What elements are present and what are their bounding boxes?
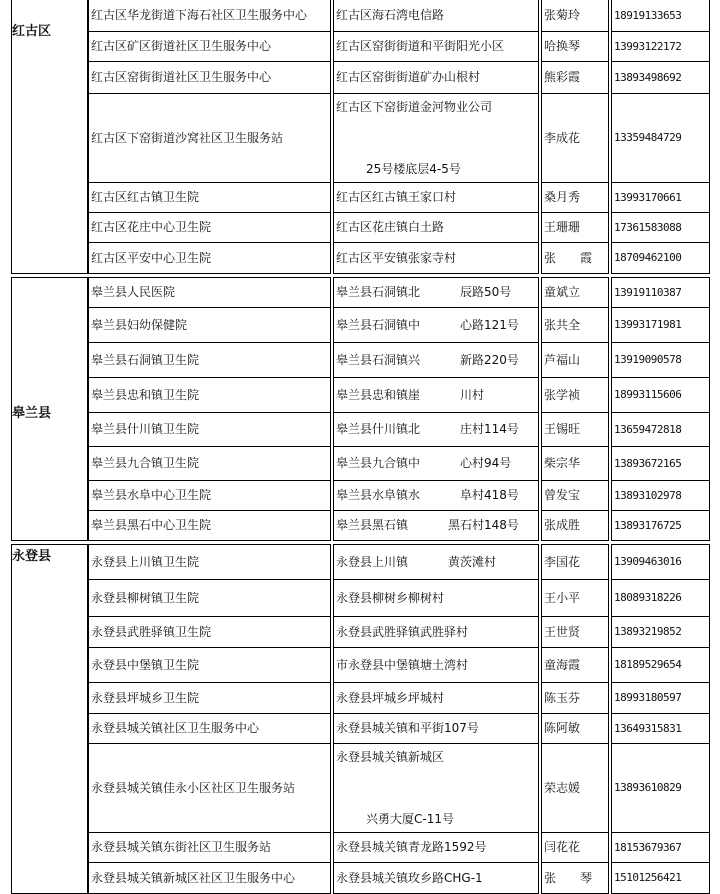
table-row: 皋兰县石洞镇卫生院皋兰县石洞镇兴新路220号芦福山13919090578 (88, 343, 710, 378)
contact-person-cell: 童海霞 (541, 648, 609, 683)
facility-name: 永登县柳树镇卫生院 (91, 591, 199, 605)
facility-name: 永登县城关镇东街社区卫生服务站 (91, 840, 271, 854)
phone-cell: 13659472818 (611, 413, 710, 447)
phone-cell: 13893219852 (611, 617, 710, 648)
contact-person: 王世贤 (544, 625, 580, 639)
address-cell: 永登县上川镇黄茨滩村 (333, 544, 539, 580)
phone-cell: 18709462100 (611, 243, 710, 274)
table-row: 红古区平安中心卫生院红古区平安镇张家寺村张 霞18709462100 (88, 243, 710, 274)
phone-number: 13893102978 (614, 489, 681, 502)
facility-name: 永登县城关镇新城区社区卫生服务中心 (91, 871, 295, 885)
address: 市永登县中堡镇塘土湾村 (336, 658, 468, 672)
address: 永登县上川镇 (336, 555, 408, 569)
phone-number: 13649315831 (614, 722, 681, 735)
phone-number: 13993122172 (614, 40, 681, 53)
contact-person: 王珊珊 (544, 220, 580, 234)
address-cell: 皋兰县忠和镇崖川村 (333, 378, 539, 413)
phone-number: 18189529654 (614, 658, 681, 671)
address: 红古区海石湾电信路 (336, 8, 444, 22)
address-cell: 市永登县中堡镇塘土湾村 (333, 648, 539, 683)
phone-number: 13659472818 (614, 423, 681, 436)
contact-person-cell: 柴宗华 (541, 447, 609, 481)
facility-name: 皋兰县石洞镇卫生院 (91, 353, 199, 367)
facility-name-cell: 皋兰县人民医院 (88, 277, 331, 308)
phone-cell: 13919090578 (611, 343, 710, 378)
address: 皋兰县九合镇中 (336, 456, 420, 470)
address: 红古区花庄镇白土路 (336, 220, 444, 234)
phone-cell: 13993170661 (611, 183, 710, 213)
table-row: 红古区华龙街道下海石社区卫生服务中心红古区海石湾电信路张菊玲1891913365… (88, 0, 710, 32)
address-continued: 阜村418号 (460, 488, 519, 502)
contact-person-cell: 张 琴 (541, 863, 609, 894)
contact-person: 张 霞 (544, 251, 592, 265)
contact-person-cell: 桑月秀 (541, 183, 609, 213)
facility-name-cell: 永登县武胜驿镇卫生院 (88, 617, 331, 648)
facility-name-cell: 红古区窑街街道社区卫生服务中心 (88, 62, 331, 94)
phone-number: 13893219852 (614, 625, 681, 638)
address-cell: 红古区花庄镇白土路 (333, 213, 539, 243)
facility-name: 永登县中堡镇卫生院 (91, 658, 199, 672)
address: 皋兰县石洞镇北 (336, 285, 420, 299)
phone-number: 18709462100 (614, 251, 681, 264)
contact-person: 荣志媛 (544, 781, 580, 795)
address-cell: 皋兰县石洞镇中心路121号 (333, 308, 539, 343)
contact-person-cell: 张成胜 (541, 511, 609, 541)
address-line-2: 25号楼底层4-5号 (336, 162, 461, 176)
district-cell: 红古区 (11, 0, 88, 274)
phone-number: 13993170661 (614, 191, 681, 204)
address-continued: 新路220号 (460, 353, 519, 367)
facility-name: 永登县城关镇佳永小区社区卫生服务站 (91, 781, 295, 795)
table-row: 永登县城关镇佳永小区社区卫生服务站永登县城关镇新城区兴勇大厦C-11号荣志媛13… (88, 744, 710, 833)
facility-name-cell: 红古区华龙街道下海石社区卫生服务中心 (88, 0, 331, 32)
phone-cell: 18089318226 (611, 580, 710, 617)
facility-name-cell: 红古区平安中心卫生院 (88, 243, 331, 274)
contact-person: 张成胜 (544, 518, 580, 532)
facility-name-cell: 永登县城关镇社区卫生服务中心 (88, 714, 331, 744)
facility-name-cell: 皋兰县什川镇卫生院 (88, 413, 331, 447)
address: 永登县柳树乡柳树村 (336, 591, 444, 605)
district-group: 皋兰县皋兰县人民医院皋兰县石洞镇北辰路50号童斌立13919110387皋兰县妇… (11, 277, 710, 541)
table-row: 红古区矿区街道社区卫生服务中心红古区窑街街道和平街阳光小区哈换琴13993122… (88, 32, 710, 62)
address-continued: 黑石村148号 (448, 518, 519, 532)
address: 永登县城关镇和平街107号 (336, 721, 479, 735)
phone-number: 13919110387 (614, 286, 681, 299)
table-row: 皋兰县什川镇卫生院皋兰县什川镇北庄村114号王锡旺13659472818 (88, 413, 710, 447)
table-row: 永登县城关镇新城区社区卫生服务中心永登县城关镇玫乡路CHG-1张 琴151012… (88, 863, 710, 894)
address-cell: 永登县柳树乡柳树村 (333, 580, 539, 617)
address-line-2: 兴勇大厦C-11号 (336, 812, 454, 826)
phone-number: 13893610829 (614, 781, 681, 794)
address: 永登县城关镇玫乡路CHG-1 (336, 871, 483, 885)
table-row: 皋兰县忠和镇卫生院皋兰县忠和镇崖川村张学祯18993115606 (88, 378, 710, 413)
facility-name-cell: 皋兰县九合镇卫生院 (88, 447, 331, 481)
table-row: 永登县中堡镇卫生院市永登县中堡镇塘土湾村童海霞18189529654 (88, 648, 710, 683)
contact-person-cell: 李成花 (541, 94, 609, 183)
health-facility-table: 红古区红古区华龙街道下海石社区卫生服务中心红古区海石湾电信路张菊玲1891913… (0, 0, 720, 894)
address-cell: 皋兰县石洞镇兴新路220号 (333, 343, 539, 378)
phone-number: 13893672165 (614, 457, 681, 470)
facility-name: 红古区下窑街道沙窝社区卫生服务站 (91, 131, 283, 145)
contact-person-cell: 哈换琴 (541, 32, 609, 62)
address-cell: 红古区平安镇张家寺村 (333, 243, 539, 274)
phone-cell: 13893672165 (611, 447, 710, 481)
contact-person: 柴宗华 (544, 456, 580, 470)
facility-name: 永登县城关镇社区卫生服务中心 (91, 721, 259, 735)
table-row: 永登县城关镇东街社区卫生服务站永登县城关镇青龙路1592号闫花花18153679… (88, 833, 710, 863)
contact-person-cell: 熊彩霞 (541, 62, 609, 94)
district-group: 永登县永登县上川镇卫生院永登县上川镇黄茨滩村李国花13909463016永登县柳… (11, 544, 710, 894)
facility-name-cell: 永登县城关镇东街社区卫生服务站 (88, 833, 331, 863)
phone-cell: 13359484729 (611, 94, 710, 183)
contact-person: 童斌立 (544, 285, 580, 299)
facility-name-cell: 永登县城关镇佳永小区社区卫生服务站 (88, 744, 331, 833)
phone-number: 13909463016 (614, 555, 681, 568)
facility-name-cell: 皋兰县水阜中心卫生院 (88, 481, 331, 511)
contact-person: 陈玉芬 (544, 691, 580, 705)
address-cell: 皋兰县石洞镇北辰路50号 (333, 277, 539, 308)
table-row: 永登县柳树镇卫生院永登县柳树乡柳树村王小平18089318226 (88, 580, 710, 617)
address-cell: 皋兰县黑石镇黑石村148号 (333, 511, 539, 541)
phone-number: 15101256421 (614, 871, 681, 884)
contact-person: 桑月秀 (544, 190, 580, 204)
address-cell: 皋兰县水阜镇水阜村418号 (333, 481, 539, 511)
phone-cell: 18993115606 (611, 378, 710, 413)
address: 皋兰县忠和镇崖 (336, 388, 420, 402)
phone-cell: 17361583088 (611, 213, 710, 243)
contact-person-cell: 张学祯 (541, 378, 609, 413)
table-row: 永登县城关镇社区卫生服务中心永登县城关镇和平街107号陈阿敏1364931583… (88, 714, 710, 744)
facility-name-cell: 皋兰县石洞镇卫生院 (88, 343, 331, 378)
address-cell: 皋兰县什川镇北庄村114号 (333, 413, 539, 447)
contact-person: 李成花 (544, 131, 580, 145)
table-row: 皋兰县九合镇卫生院皋兰县九合镇中心村94号柴宗华13893672165 (88, 447, 710, 481)
address-cell: 红古区窑街街道和平街阳光小区 (333, 32, 539, 62)
contact-person-cell: 王小平 (541, 580, 609, 617)
phone-cell: 13893102978 (611, 481, 710, 511)
address: 永登县坪城乡坪城村 (336, 691, 444, 705)
contact-person: 王锡旺 (544, 422, 580, 436)
contact-person-cell: 王锡旺 (541, 413, 609, 447)
table-row: 红古区窑街街道社区卫生服务中心红古区窑街街道矿办山根村熊彩霞1389349869… (88, 62, 710, 94)
facility-name-cell: 永登县坪城乡卫生院 (88, 683, 331, 714)
address: 永登县城关镇青龙路1592号 (336, 840, 487, 854)
contact-person-cell: 荣志媛 (541, 744, 609, 833)
facility-name: 红古区红古镇卫生院 (91, 190, 199, 204)
contact-person-cell: 王珊珊 (541, 213, 609, 243)
contact-person-cell: 张 霞 (541, 243, 609, 274)
address-continued: 川村 (460, 388, 484, 402)
contact-person-cell: 陈玉芬 (541, 683, 609, 714)
table-row: 皋兰县妇幼保健院皋兰县石洞镇中心路121号张共全13993171981 (88, 308, 710, 343)
address: 皋兰县什川镇北 (336, 422, 420, 436)
address: 永登县武胜驿镇武胜驿村 (336, 625, 468, 639)
phone-cell: 18153679367 (611, 833, 710, 863)
district-cell: 皋兰县 (11, 277, 88, 541)
phone-cell: 13893176725 (611, 511, 710, 541)
contact-person: 张 琴 (544, 871, 592, 885)
contact-person: 王小平 (544, 591, 580, 605)
facility-name: 红古区平安中心卫生院 (91, 251, 211, 265)
facility-name-cell: 皋兰县忠和镇卫生院 (88, 378, 331, 413)
address-line-1: 红古区下窑街道金河物业公司 (336, 100, 492, 114)
address-cell: 红古区红古镇王家口村 (333, 183, 539, 213)
contact-person-cell: 张菊玲 (541, 0, 609, 32)
phone-number: 18089318226 (614, 591, 681, 604)
address-cell: 永登县武胜驿镇武胜驿村 (333, 617, 539, 648)
address-line-1: 永登县城关镇新城区 (336, 750, 444, 764)
table-row: 红古区花庄中心卫生院红古区花庄镇白土路王珊珊17361583088 (88, 213, 710, 243)
contact-person: 陈阿敏 (544, 721, 580, 735)
contact-person-cell: 李国花 (541, 544, 609, 580)
facility-name-cell: 红古区下窑街道沙窝社区卫生服务站 (88, 94, 331, 183)
phone-cell: 13993122172 (611, 32, 710, 62)
contact-person-cell: 曾发宝 (541, 481, 609, 511)
contact-person: 李国花 (544, 555, 580, 569)
facility-name-cell: 永登县中堡镇卫生院 (88, 648, 331, 683)
contact-person: 芦福山 (544, 353, 580, 367)
address-cell: 红古区海石湾电信路 (333, 0, 539, 32)
phone-number: 13919090578 (614, 353, 681, 366)
facility-name: 皋兰县九合镇卫生院 (91, 456, 199, 470)
address: 红古区窑街街道矿办山根村 (336, 70, 480, 84)
contact-person: 张学祯 (544, 388, 580, 402)
phone-number: 13993171981 (614, 318, 681, 331)
address-continued: 心村94号 (460, 456, 511, 470)
contact-person-cell: 芦福山 (541, 343, 609, 378)
address-cell: 红古区下窑街道金河物业公司25号楼底层4-5号 (333, 94, 539, 183)
facility-name-cell: 红古区花庄中心卫生院 (88, 213, 331, 243)
contact-person: 曾发宝 (544, 488, 580, 502)
address-cell: 永登县城关镇玫乡路CHG-1 (333, 863, 539, 894)
facility-name: 红古区窑街街道社区卫生服务中心 (91, 70, 271, 84)
facility-name-cell: 永登县城关镇新城区社区卫生服务中心 (88, 863, 331, 894)
phone-cell: 18919133653 (611, 0, 710, 32)
facility-name-cell: 永登县上川镇卫生院 (88, 544, 331, 580)
facility-name-cell: 红古区矿区街道社区卫生服务中心 (88, 32, 331, 62)
address-cell: 永登县城关镇新城区兴勇大厦C-11号 (333, 744, 539, 833)
facility-name: 永登县武胜驿镇卫生院 (91, 625, 211, 639)
address-continued: 黄茨滩村 (448, 555, 496, 569)
facility-name: 红古区矿区街道社区卫生服务中心 (91, 39, 271, 53)
district-group: 红古区红古区华龙街道下海石社区卫生服务中心红古区海石湾电信路张菊玲1891913… (11, 0, 710, 274)
address-cell: 红古区窑街街道矿办山根村 (333, 62, 539, 94)
contact-person-cell: 王世贤 (541, 617, 609, 648)
address: 红古区窑街街道和平街阳光小区 (336, 39, 504, 53)
table-row: 红古区下窑街道沙窝社区卫生服务站红古区下窑街道金河物业公司25号楼底层4-5号李… (88, 94, 710, 183)
facility-name: 皋兰县人民医院 (91, 285, 175, 299)
phone-number: 13893176725 (614, 519, 681, 532)
phone-cell: 18993180597 (611, 683, 710, 714)
phone-cell: 13649315831 (611, 714, 710, 744)
facility-name: 永登县上川镇卫生院 (91, 555, 199, 569)
address: 红古区红古镇王家口村 (336, 190, 456, 204)
phone-cell: 13919110387 (611, 277, 710, 308)
facility-name: 皋兰县水阜中心卫生院 (91, 488, 211, 502)
address-continued: 庄村114号 (460, 422, 519, 436)
table-row: 永登县上川镇卫生院永登县上川镇黄茨滩村李国花13909463016 (88, 544, 710, 580)
contact-person-cell: 张共全 (541, 308, 609, 343)
contact-person: 张菊玲 (544, 8, 580, 22)
facility-name: 皋兰县什川镇卫生院 (91, 422, 199, 436)
district-cell: 永登县 (11, 544, 88, 894)
table-row: 皋兰县水阜中心卫生院皋兰县水阜镇水阜村418号曾发宝13893102978 (88, 481, 710, 511)
address: 皋兰县水阜镇水 (336, 488, 420, 502)
contact-person: 闫花花 (544, 840, 580, 854)
contact-person-cell: 闫花花 (541, 833, 609, 863)
phone-cell: 13993171981 (611, 308, 710, 343)
address: 皋兰县黑石镇 (336, 518, 408, 532)
facility-name: 皋兰县妇幼保健院 (91, 318, 187, 332)
facility-name-cell: 皋兰县妇幼保健院 (88, 308, 331, 343)
table-row: 红古区红古镇卫生院红古区红古镇王家口村桑月秀13993170661 (88, 183, 710, 213)
facility-name: 皋兰县黑石中心卫生院 (91, 518, 211, 532)
contact-person: 哈换琴 (544, 39, 580, 53)
phone-cell: 13893498692 (611, 62, 710, 94)
contact-person: 张共全 (544, 318, 580, 332)
phone-number: 13893498692 (614, 71, 681, 84)
facility-name-cell: 永登县柳树镇卫生院 (88, 580, 331, 617)
contact-person-cell: 陈阿敏 (541, 714, 609, 744)
phone-number: 18153679367 (614, 841, 681, 854)
table-row: 皋兰县黑石中心卫生院皋兰县黑石镇黑石村148号张成胜13893176725 (88, 511, 710, 541)
facility-name: 红古区华龙街道下海石社区卫生服务中心 (91, 8, 307, 22)
address: 皋兰县石洞镇中 (336, 318, 420, 332)
phone-number: 18919133653 (614, 9, 681, 22)
address-continued: 辰路50号 (460, 285, 511, 299)
phone-number: 18993115606 (614, 388, 681, 401)
district-label: 红古区 (12, 20, 51, 39)
district-label: 皋兰县 (12, 402, 51, 421)
address-cell: 皋兰县九合镇中心村94号 (333, 447, 539, 481)
phone-cell: 13909463016 (611, 544, 710, 580)
address-cell: 永登县坪城乡坪城村 (333, 683, 539, 714)
phone-cell: 13893610829 (611, 744, 710, 833)
table-row: 永登县武胜驿镇卫生院永登县武胜驿镇武胜驿村王世贤13893219852 (88, 617, 710, 648)
contact-person: 熊彩霞 (544, 70, 580, 84)
phone-number: 13359484729 (614, 131, 681, 144)
table-row: 皋兰县人民医院皋兰县石洞镇北辰路50号童斌立13919110387 (88, 277, 710, 308)
facility-name-cell: 红古区红古镇卫生院 (88, 183, 331, 213)
address-cell: 永登县城关镇和平街107号 (333, 714, 539, 744)
contact-person: 童海霞 (544, 658, 580, 672)
facility-name: 红古区花庄中心卫生院 (91, 220, 211, 234)
phone-number: 18993180597 (614, 691, 681, 704)
facility-name: 永登县坪城乡卫生院 (91, 691, 199, 705)
table-row: 永登县坪城乡卫生院永登县坪城乡坪城村陈玉芬18993180597 (88, 683, 710, 714)
phone-cell: 15101256421 (611, 863, 710, 894)
address: 皋兰县石洞镇兴 (336, 353, 420, 367)
phone-cell: 18189529654 (611, 648, 710, 683)
contact-person-cell: 童斌立 (541, 277, 609, 308)
address-continued: 心路121号 (460, 318, 519, 332)
address-cell: 永登县城关镇青龙路1592号 (333, 833, 539, 863)
facility-name: 皋兰县忠和镇卫生院 (91, 388, 199, 402)
phone-number: 17361583088 (614, 221, 681, 234)
facility-name-cell: 皋兰县黑石中心卫生院 (88, 511, 331, 541)
address: 红古区平安镇张家寺村 (336, 251, 456, 265)
district-label: 永登县 (12, 545, 51, 564)
